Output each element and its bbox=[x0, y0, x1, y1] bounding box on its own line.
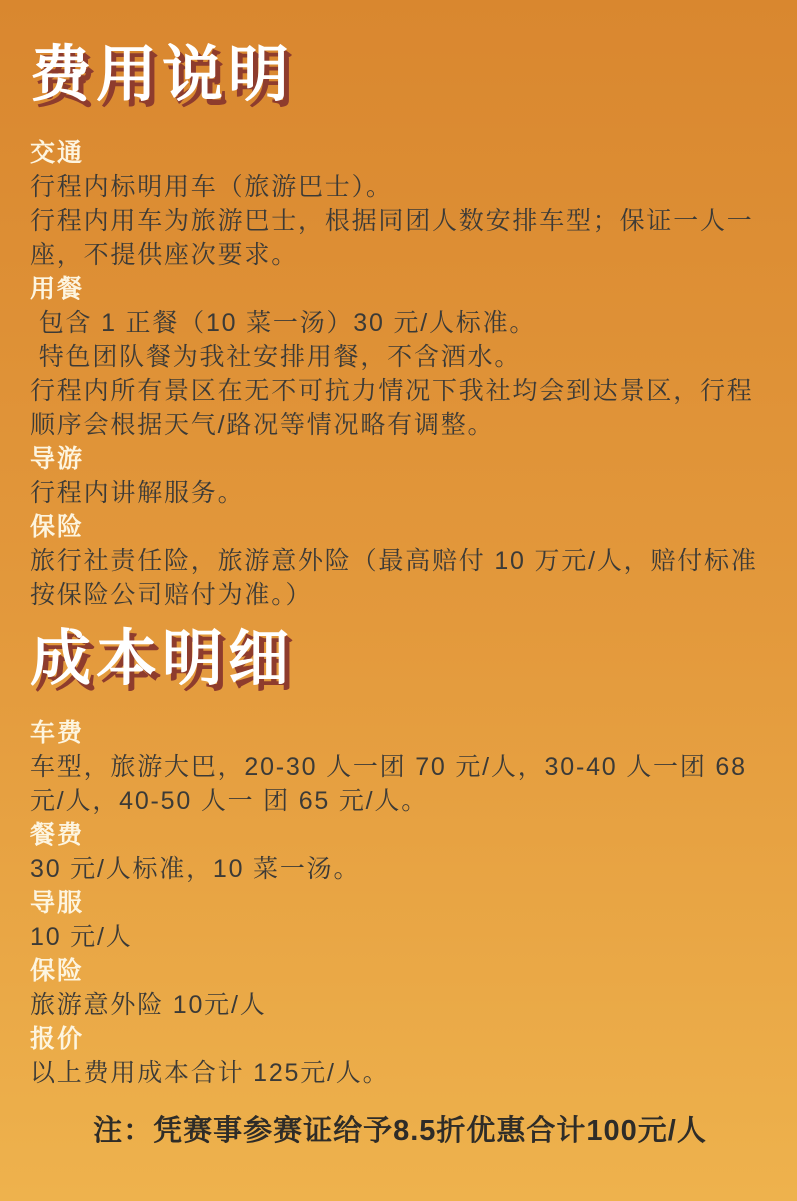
paragraph-meals-1: 包含 1 正餐（10 菜一汤）30 元/人标准。 bbox=[30, 306, 770, 340]
paragraph-meals-2: 特色团队餐为我社安排用餐，不含酒水。 bbox=[30, 340, 770, 374]
paragraph-bus-fee-1: 车型，旅游大巴，20-30 人一团 70 元/人，30-40 人一团 68 元/… bbox=[30, 750, 770, 818]
heading-insurance-fee: 保险 bbox=[30, 954, 770, 988]
page-title-cost-detail: 成本明细 bbox=[30, 612, 770, 690]
heading-insurance: 保险 bbox=[30, 510, 770, 544]
footer-discount-note: 注：凭赛事参赛证给予8.5折优惠合计100元/人 bbox=[30, 1090, 770, 1149]
paragraph-insurance-fee-1: 旅游意外险 10元/人 bbox=[30, 988, 770, 1022]
heading-meal-fee: 餐费 bbox=[30, 818, 770, 852]
paragraph-quotation-1: 以上费用成本合计 125元/人。 bbox=[30, 1056, 770, 1090]
section-cost-detail: 车费 车型，旅游大巴，20-30 人一团 70 元/人，30-40 人一团 68… bbox=[30, 716, 770, 1090]
heading-bus-fee: 车费 bbox=[30, 716, 770, 750]
heading-quotation: 报价 bbox=[30, 1022, 770, 1056]
paragraph-guide-service-fee-1: 10 元/人 bbox=[30, 920, 770, 954]
paragraph-meals-3: 行程内所有景区在无不可抗力情况下我社均会到达景区，行程顺序会根据天气/路况等情况… bbox=[30, 374, 770, 442]
fee-poster: 费用说明 交通 行程内标明用车（旅游巴士）。 行程内用车为旅游巴士，根据同团人数… bbox=[0, 0, 797, 1201]
heading-guide-service-fee: 导服 bbox=[30, 886, 770, 920]
section-fee-description: 交通 行程内标明用车（旅游巴士）。 行程内用车为旅游巴士，根据同团人数安排车型；… bbox=[30, 136, 770, 612]
paragraph-guide-1: 行程内讲解服务。 bbox=[30, 476, 770, 510]
paragraph-transport-1: 行程内标明用车（旅游巴士）。 bbox=[30, 170, 770, 204]
heading-transport: 交通 bbox=[30, 136, 770, 170]
paragraph-transport-2: 行程内用车为旅游巴士，根据同团人数安排车型；保证一人一座，不提供座次要求。 bbox=[30, 204, 770, 272]
paragraph-meal-fee-1: 30 元/人标准，10 菜一汤。 bbox=[30, 852, 770, 886]
paragraph-insurance-1: 旅行社责任险，旅游意外险（最高赔付 10 万元/人，赔付标准按保险公司赔付为准。… bbox=[30, 544, 770, 612]
page-title-fee-description: 费用说明 bbox=[30, 0, 770, 106]
heading-guide: 导游 bbox=[30, 442, 770, 476]
heading-meals: 用餐 bbox=[30, 272, 770, 306]
